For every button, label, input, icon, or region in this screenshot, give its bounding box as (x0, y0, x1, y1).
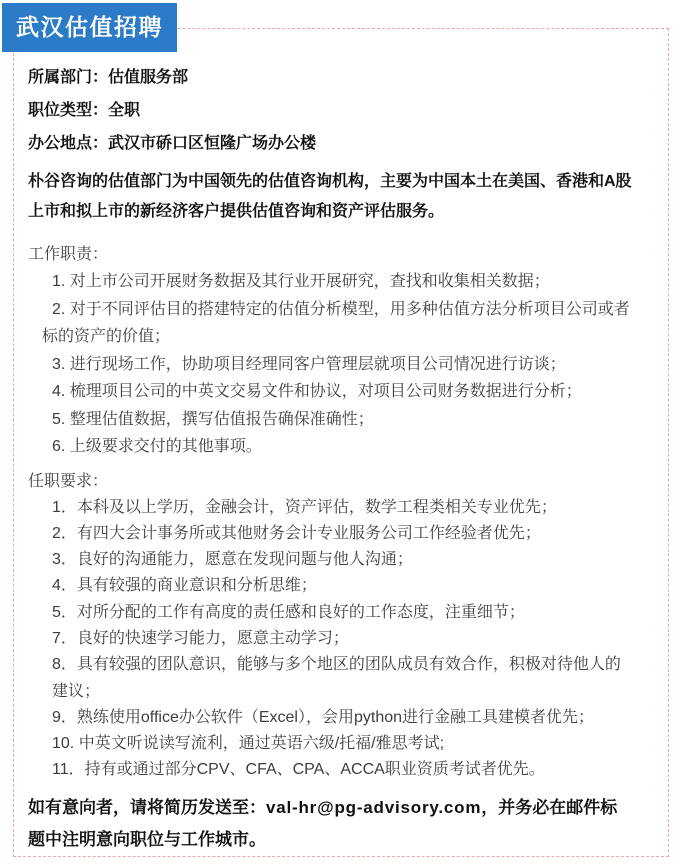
requirement-item: 10. 中英文听说读写流利，通过英语六级/托福/雅思考试; (28, 731, 634, 757)
requirement-item: 1．本科及以上学历，金融会计，资产评估，数学工程类相关专业优先； (28, 495, 634, 521)
requirement-item: 5．对所分配的工作有高度的责任感和良好的工作态度，注重细节； (28, 600, 634, 626)
contact-prefix: 如有意向者，请将简历发送至： (28, 798, 266, 817)
meta-job-type: 职位类型：全职 (28, 94, 634, 127)
contact-email: val-hr@pg-advisory.com (266, 798, 481, 817)
responsibility-item: 1. 对上市公司开展财务数据及其行业开展研究，查找和收集相关数据； (28, 268, 634, 296)
requirement-item: 2．有四大会计事务所或其他财务会计专业服务公司工作经验者优先； (28, 521, 634, 547)
responsibilities-heading: 工作职责： (28, 241, 634, 268)
responsibility-item: 6. 上级要求交付的其他事项。 (28, 433, 634, 461)
city-badge: 武汉估值招聘 (2, 3, 177, 52)
requirement-item: 3．良好的沟通能力，愿意在发现问题与他人沟通； (28, 547, 634, 573)
job-posting-frame: 所属部门：估值服务部 职位类型：全职 办公地点：武汉市硚口区恒隆广场办公楼 朴谷… (13, 28, 669, 857)
responsibility-item: 5. 整理估值数据，撰写估值报告确保准确性； (28, 406, 634, 434)
company-intro: 朴谷咨询的估值部门为中国领先的估值咨询机构，主要为中国本土在美国、香港和A股上市… (28, 167, 634, 227)
responsibility-item: 4. 梳理项目公司的中英文交易文件和协议，对项目公司财务数据进行分析； (28, 378, 634, 406)
requirement-item: 7．良好的快速学习能力，愿意主动学习； (28, 626, 634, 652)
requirement-item: 8．具有较强的团队意识，能够与多个地区的团队成员有效合作，积极对待他人的建议； (28, 652, 634, 705)
requirement-item: 9．熟练使用office办公软件（Excel），会用python进行金融工具建模… (28, 705, 634, 731)
requirement-item: 4．具有较强的商业意识和分析思维； (28, 573, 634, 599)
meta-department: 所属部门：估值服务部 (28, 61, 634, 94)
requirements-heading: 任职要求： (28, 468, 634, 495)
responsibility-item: 3. 进行现场工作，协助项目经理同客户管理层就项目公司情况进行访谈； (28, 351, 634, 379)
responsibility-item: 2. 对于不同评估目的搭建特定的估值分析模型，用多种估值方法分析项目公司或者标的… (28, 296, 634, 351)
meta-location: 办公地点：武汉市硚口区恒隆广场办公楼 (28, 127, 634, 160)
contact-note: 如有意向者，请将简历发送至：val-hr@pg-advisory.com，并务必… (28, 792, 634, 856)
requirement-item: 11．持有或通过部分CPV、CFA、CPA、ACCA职业资质考试者优先。 (28, 757, 634, 783)
